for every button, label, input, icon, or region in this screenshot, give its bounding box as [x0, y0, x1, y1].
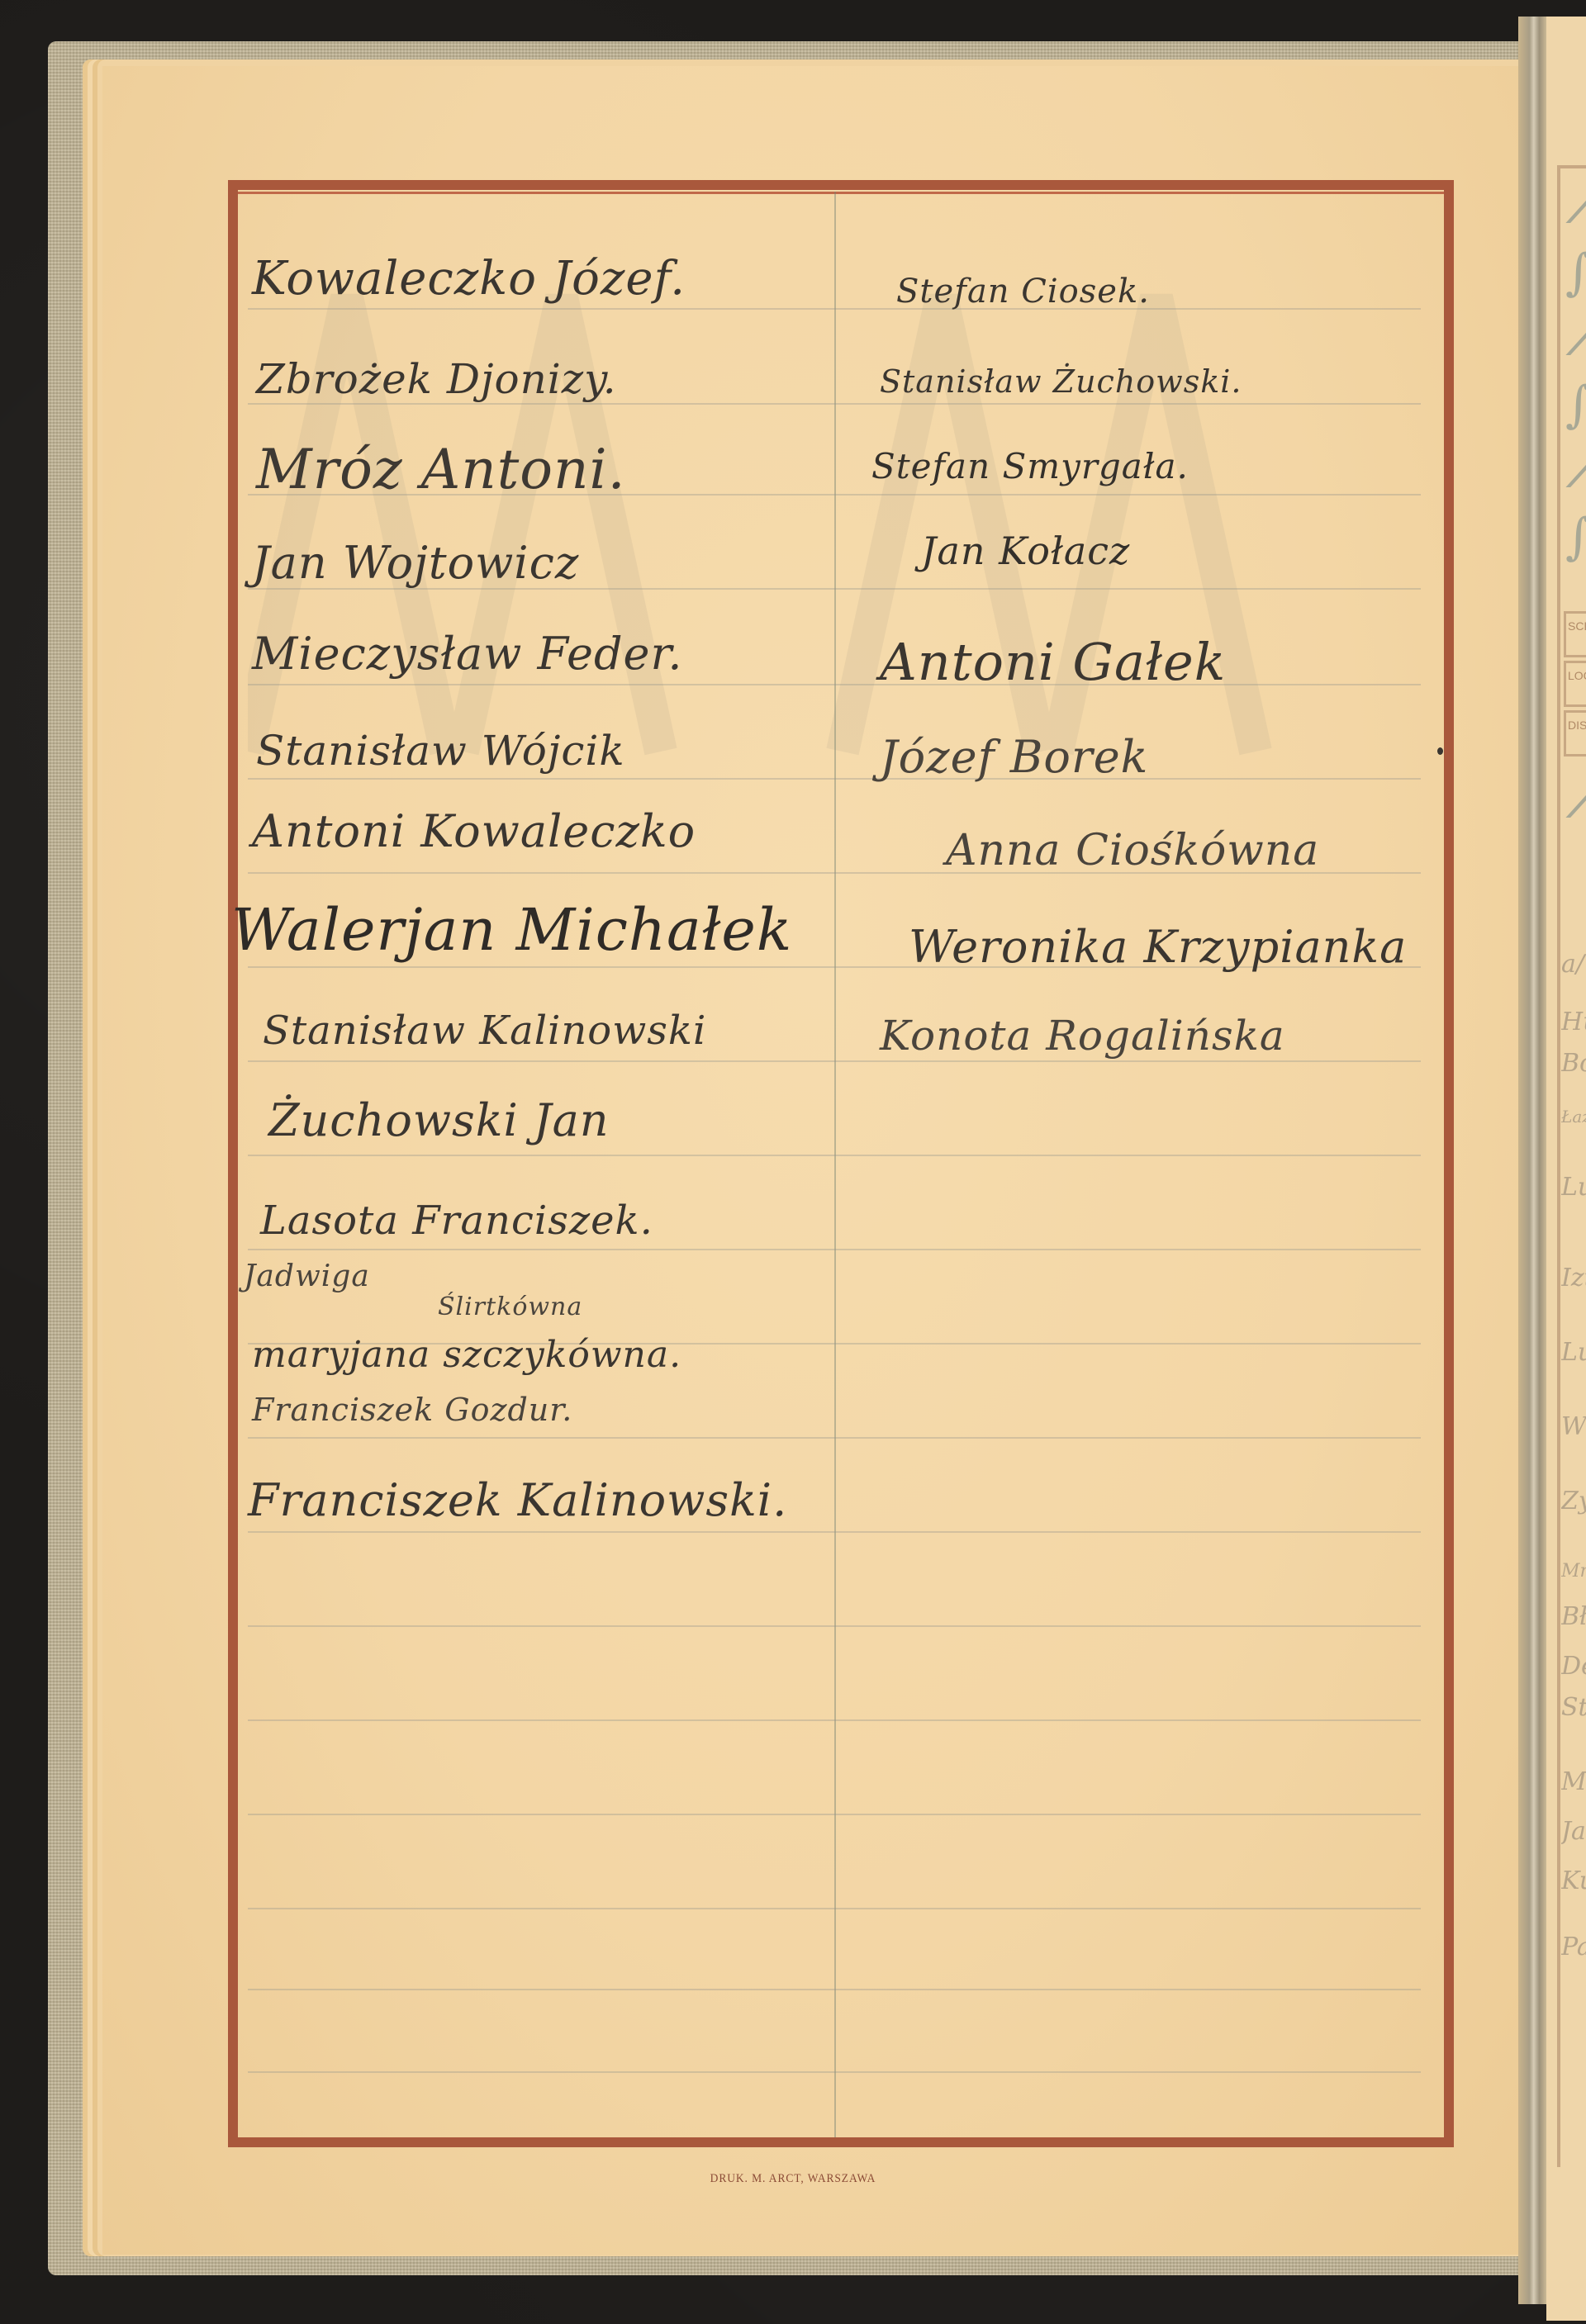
- signature-name: Antoni Kowaleczko: [252, 805, 696, 857]
- ruled-line: [248, 1908, 1421, 1909]
- ornament-icon: ⩘: [1565, 182, 1586, 231]
- signature-name: Weronika Krzypianka: [909, 921, 1407, 973]
- adjacent-script: Kuba: [1561, 1866, 1586, 1895]
- adjacent-script: Bochu: [1561, 1049, 1586, 1078]
- signature-name: Ślirtkówna: [438, 1292, 582, 1321]
- signature-name: Walerjan Michałek: [231, 896, 792, 964]
- ink-dot: [1437, 747, 1443, 755]
- signature-name: Kowaleczko Józef.: [252, 252, 686, 306]
- signature-name: Stanisław Żuchowski.: [880, 363, 1242, 400]
- adjacent-script: Stanis: [1561, 1693, 1586, 1722]
- ruled-line: [248, 1531, 1421, 1533]
- book-gutter: [1518, 17, 1546, 2304]
- adjacent-label-locality: LOCAL MIEJSC: [1564, 661, 1586, 707]
- ruled-line: [248, 1625, 1421, 1627]
- signature-name: Konota Rogalińska: [880, 1012, 1285, 1060]
- adjacent-script: Wre: [1561, 1412, 1586, 1441]
- adjacent-script: Jasza: [1561, 1817, 1586, 1846]
- ruled-line: [248, 1155, 1421, 1156]
- signature-name: Józef Borek: [880, 731, 1148, 783]
- signature-name: Antoni Gałek: [880, 632, 1226, 692]
- signature-name: Żuchowski Jan: [268, 1094, 610, 1146]
- ruled-line: [248, 1814, 1421, 1815]
- ornament-icon: ⩘: [1565, 776, 1586, 826]
- adjacent-script: Izto: [1561, 1264, 1586, 1292]
- ruled-line: [248, 1989, 1421, 1990]
- signature-name: Stanisław Kalinowski: [263, 1008, 706, 1054]
- adjacent-script: a/ dub: [1561, 950, 1586, 979]
- adjacent-script: Lubi: [1561, 1338, 1586, 1367]
- adjacent-script: Hum: [1561, 1008, 1586, 1036]
- signature-name: Jan Kołacz: [921, 529, 1130, 573]
- signature-name: Anna Ciośkówna: [946, 826, 1319, 875]
- ornament-icon: ∫: [1565, 380, 1586, 429]
- printer-imprint: DRUK. M. ARCT, WARSZAWA: [79, 2172, 1507, 2186]
- ruled-line: [248, 684, 1421, 685]
- adjacent-label-district: DISTR POWI: [1564, 710, 1586, 756]
- ruled-line: [248, 2071, 1421, 2073]
- signature-name: Mróz Antoni.: [256, 438, 626, 501]
- adjacent-script: Lubi: [1561, 1173, 1586, 1202]
- adjacent-label-school: SCHOO SZKOŁ: [1564, 611, 1586, 657]
- signature-name: Jadwiga: [244, 1259, 370, 1293]
- signature-name: Franciszek Gozdur.: [252, 1392, 572, 1428]
- signature-name: Stefan Smyrgała.: [871, 446, 1189, 486]
- adjacent-script: Micha: [1561, 1767, 1586, 1796]
- adjacent-script: Pani: [1561, 1933, 1586, 1961]
- signature-name: Stanisław Wójcik: [256, 727, 625, 775]
- ornament-icon: ∫: [1565, 512, 1586, 562]
- adjacent-script: Derloj: [1561, 1652, 1586, 1681]
- column-divider: [834, 192, 836, 2137]
- adjacent-script: Błaż: [1561, 1602, 1586, 1631]
- signature-name: Mieczysław Feder.: [252, 628, 683, 680]
- ruled-line: [248, 308, 1421, 310]
- ruled-line: [248, 778, 1421, 780]
- adjacent-script: Mra: [1561, 1561, 1586, 1582]
- ornament-icon: ⩘: [1565, 314, 1586, 363]
- signature-name: maryjana szczykówna.: [252, 1334, 681, 1376]
- signature-name: Lasota Franciszek.: [260, 1198, 653, 1244]
- signature-name: Franciszek Kalinowski.: [248, 1474, 787, 1526]
- signature-name: Jan Wojtowicz: [252, 537, 579, 589]
- ornament-icon: ⩘: [1565, 446, 1586, 496]
- signature-name: Zbrożek Djonizy.: [256, 355, 617, 403]
- ruled-line: [248, 403, 1421, 405]
- adjacent-script: Zyr: [1561, 1487, 1586, 1515]
- ornament-icon: ∫: [1565, 248, 1586, 297]
- ruled-line: [248, 1060, 1421, 1062]
- adjacent-script: Łazarz: [1561, 1107, 1586, 1126]
- ruled-line: [248, 1249, 1421, 1250]
- signature-name: Stefan Ciosek.: [896, 273, 1150, 311]
- ruled-line: [248, 1437, 1421, 1439]
- ruled-line: [248, 1719, 1421, 1721]
